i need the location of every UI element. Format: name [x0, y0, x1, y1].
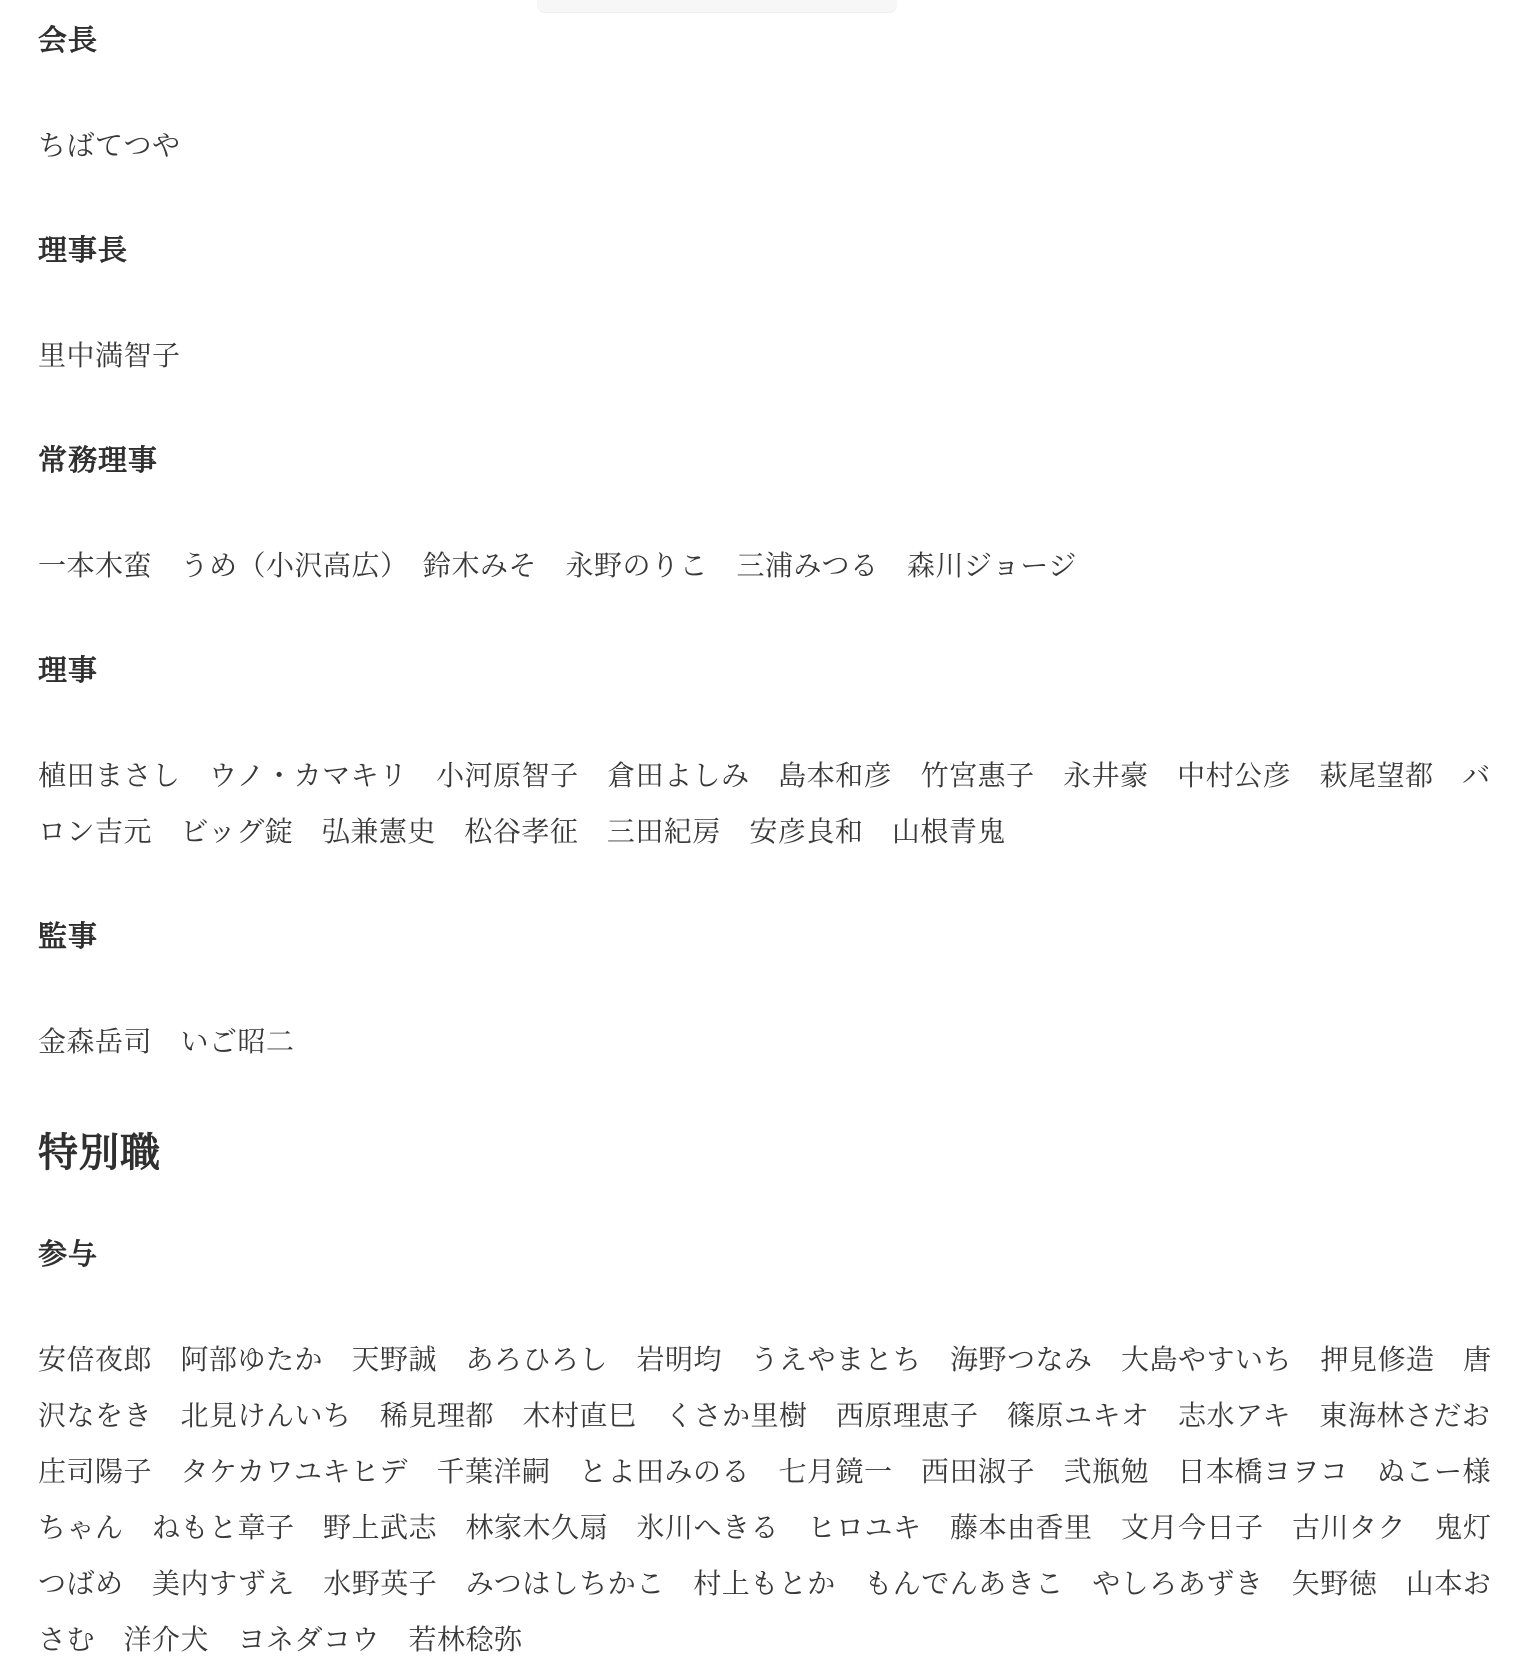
section-heading-jomuriji: 常務理事 — [38, 442, 1498, 480]
section-kaicho: 会長 ちばてつや — [38, 22, 1498, 174]
section-heading-riji: 理事 — [38, 652, 1498, 690]
officers-roster-page: 会長 ちばてつや 理事長 里中満智子 常務理事 一本木蛮 うめ（小沢高広） 鈴木… — [0, 0, 1536, 1678]
member-names-sanyo: 安倍夜郎 阿部ゆたか 天野誠 あろひろし 岩明均 うえやまとち 海野つなみ 大島… — [38, 1332, 1498, 1668]
member-names-kaicho: ちばてつや — [38, 118, 1498, 174]
section-heading-sanyo: 参与 — [38, 1236, 1498, 1274]
section-riji: 理事 植田まさし ウノ・カマキリ 小河原智子 倉田よしみ 島本和彦 竹宮惠子 永… — [38, 652, 1498, 860]
section-heading-tokubetsushoku: 特別職 — [38, 1128, 1498, 1178]
section-kanji: 監事 金森岳司 いご昭二 — [38, 918, 1498, 1070]
section-heading-kanji: 監事 — [38, 918, 1498, 956]
member-names-rijicho: 里中満智子 — [38, 328, 1498, 384]
section-heading-kaicho: 会長 — [38, 22, 1498, 60]
member-names-riji: 植田まさし ウノ・カマキリ 小河原智子 倉田よしみ 島本和彦 竹宮惠子 永井豪 … — [38, 748, 1498, 860]
member-names-kanji: 金森岳司 いご昭二 — [38, 1014, 1498, 1070]
section-sanyo: 参与 安倍夜郎 阿部ゆたか 天野誠 あろひろし 岩明均 うえやまとち 海野つなみ… — [38, 1236, 1498, 1668]
section-rijicho: 理事長 里中満智子 — [38, 232, 1498, 384]
clipped-top-element — [537, 0, 897, 12]
member-names-jomuriji: 一本木蛮 うめ（小沢高広） 鈴木みそ 永野のりこ 三浦みつる 森川ジョージ — [38, 538, 1498, 594]
section-heading-rijicho: 理事長 — [38, 232, 1498, 270]
section-jomuriji: 常務理事 一本木蛮 うめ（小沢高広） 鈴木みそ 永野のりこ 三浦みつる 森川ジョ… — [38, 442, 1498, 594]
